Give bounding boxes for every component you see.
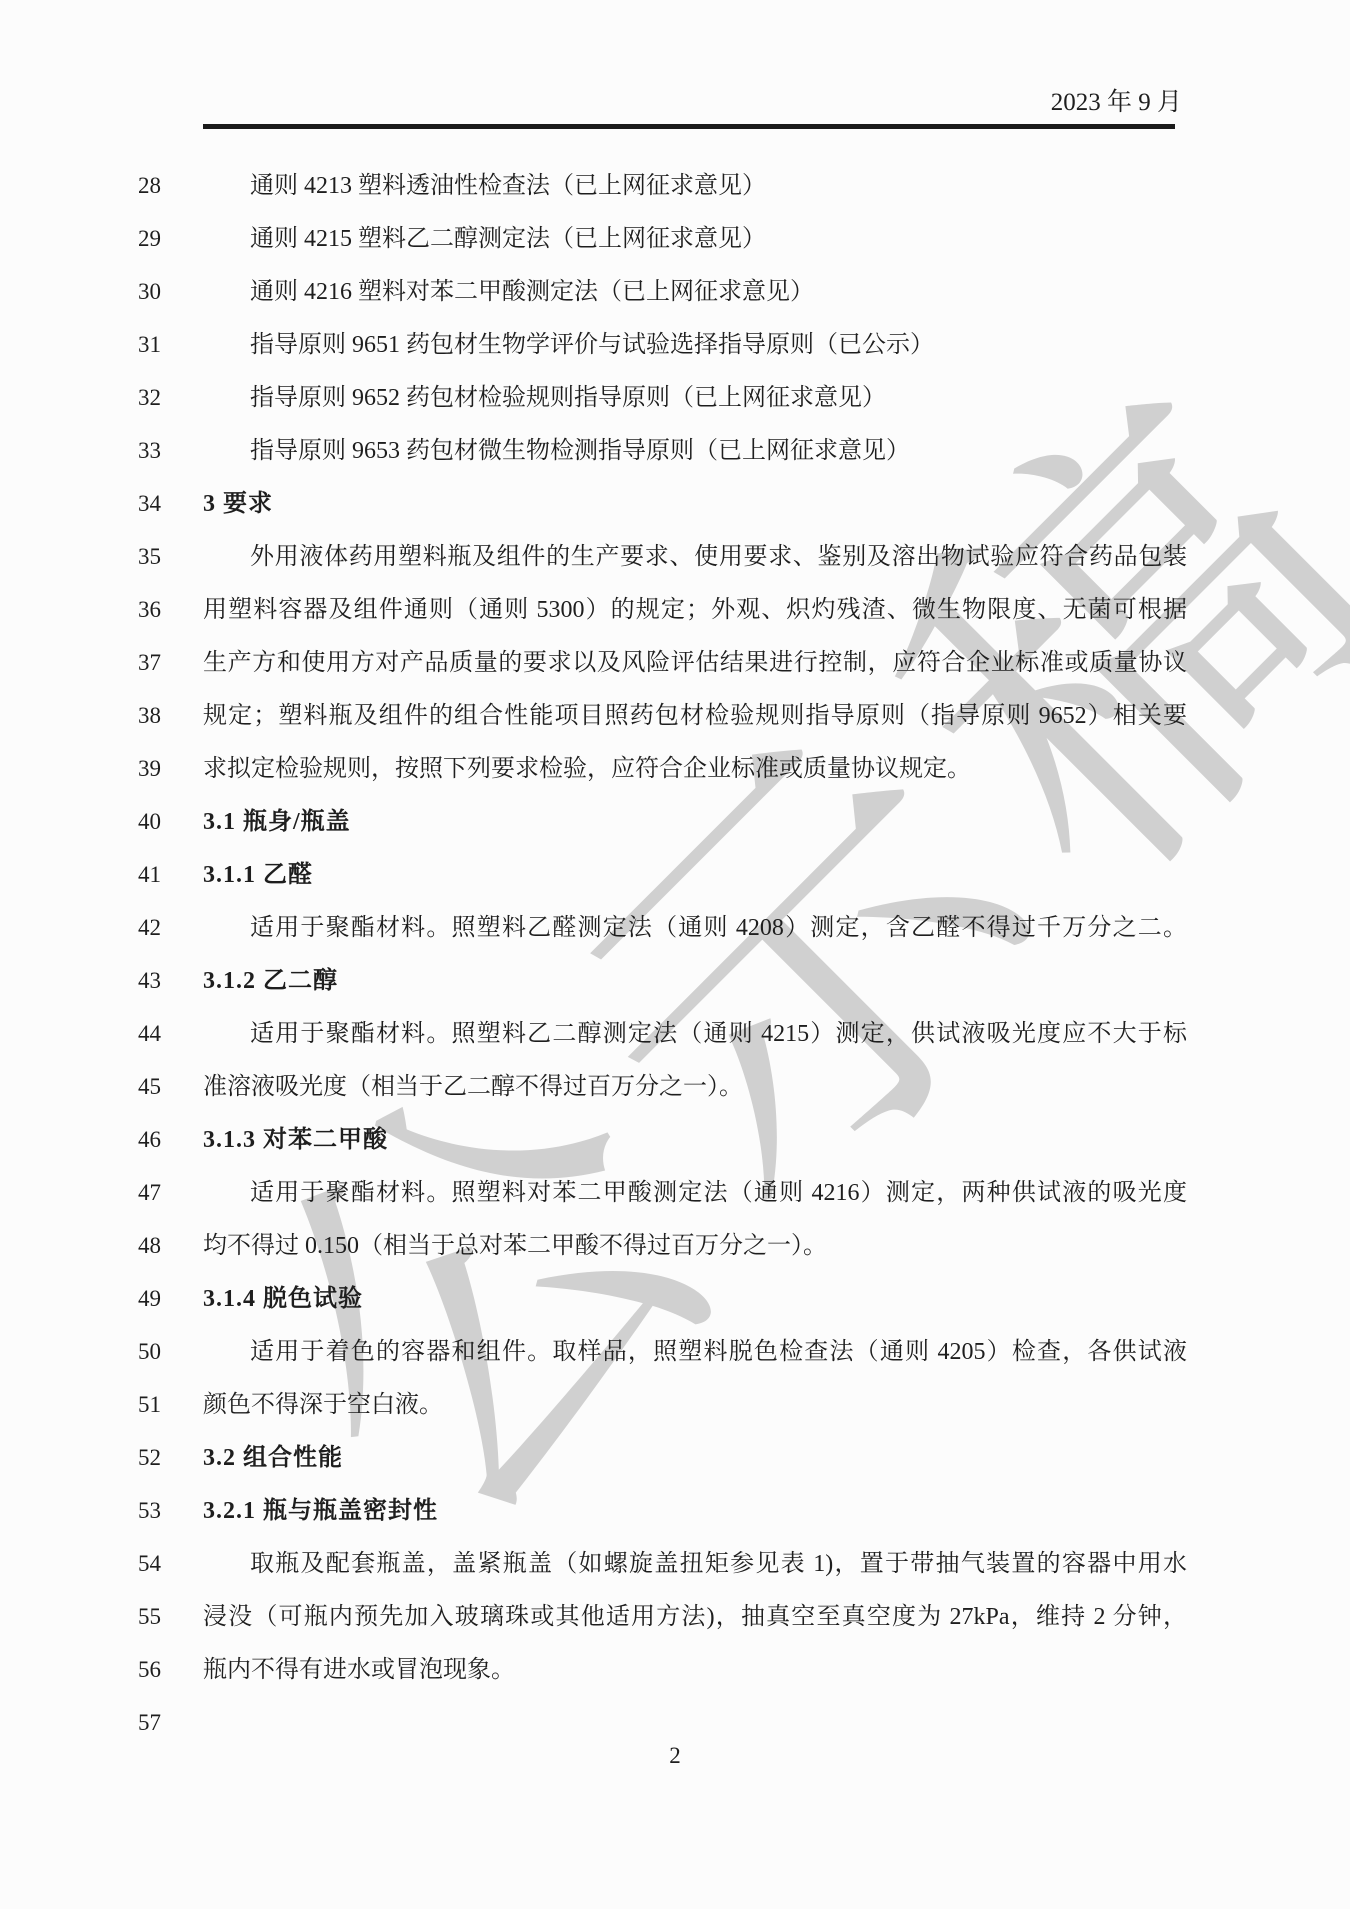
line-row: 28通则 4213 塑料透油性检查法（已上网征求意见） [138,170,1187,223]
line-row: 50适用于着色的容器和组件。取样品，照塑料脱色检查法（通则 4205）检查，各供… [138,1336,1187,1389]
document-body: 28通则 4213 塑料透油性检查法（已上网征求意见）29通则 4215 塑料乙… [138,170,1187,1760]
line-row: 42适用于聚酯材料。照塑料乙醛测定法（通则 4208）测定，含乙醛不得过千万分之… [138,912,1187,965]
line-number: 32 [138,382,203,414]
line-row: 54取瓶及配套瓶盖，盖紧瓶盖（如螺旋盖扭矩参见表 1)，置于带抽气装置的容器中用… [138,1548,1187,1601]
line-text: 3.1.4 脱色试验 [203,1283,1187,1315]
line-row: 31指导原则 9651 药包材生物学评价与试验选择指导原则（已公示） [138,329,1187,382]
line-text: 指导原则 9652 药包材检验规则指导原则（已上网征求意见） [203,382,1187,414]
line-row: 36用塑料容器及组件通则（通则 5300）的规定；外观、炽灼残渣、微生物限度、无… [138,594,1187,647]
line-number: 33 [138,435,203,467]
line-number: 28 [138,170,203,202]
line-number: 47 [138,1177,203,1209]
line-text: 取瓶及配套瓶盖，盖紧瓶盖（如螺旋盖扭矩参见表 1)，置于带抽气装置的容器中用水 [203,1548,1187,1580]
line-text: 适用于聚酯材料。照塑料乙醛测定法（通则 4208）测定，含乙醛不得过千万分之二。 [203,912,1187,944]
line-text: 生产方和使用方对产品质量的要求以及风险评估结果进行控制，应符合企业标准或质量协议 [203,647,1187,679]
line-number: 50 [138,1336,203,1368]
line-number: 37 [138,647,203,679]
line-number: 53 [138,1495,203,1527]
line-row: 38规定；塑料瓶及组件的组合性能项目照药包材检验规则指导原则（指导原则 9652… [138,700,1187,753]
line-row: 48均不得过 0.150（相当于总对苯二甲酸不得过百万分之一）。 [138,1230,1187,1283]
line-text: 通则 4213 塑料透油性检查法（已上网征求意见） [203,170,1187,202]
line-number: 56 [138,1654,203,1686]
line-text: 颜色不得深于空白液。 [203,1389,1187,1421]
line-text: 适用于聚酯材料。照塑料对苯二甲酸测定法（通则 4216）测定，两种供试液的吸光度 [203,1177,1187,1209]
line-row: 493.1.4 脱色试验 [138,1283,1187,1336]
line-number: 46 [138,1124,203,1156]
line-row: 533.2.1 瓶与瓶盖密封性 [138,1495,1187,1548]
line-number: 57 [138,1707,203,1739]
line-number: 48 [138,1230,203,1262]
line-number: 54 [138,1548,203,1580]
line-row: 32指导原则 9652 药包材检验规则指导原则（已上网征求意见） [138,382,1187,435]
line-text: 3.1.3 对苯二甲酸 [203,1124,1187,1156]
page-number: 2 [0,1742,1350,1770]
line-number: 42 [138,912,203,944]
line-number: 55 [138,1601,203,1633]
line-row: 343 要求 [138,488,1187,541]
line-number: 36 [138,594,203,626]
line-row: 523.2 组合性能 [138,1442,1187,1495]
line-number: 43 [138,965,203,997]
line-number: 51 [138,1389,203,1421]
line-row: 29通则 4215 塑料乙二醇测定法（已上网征求意见） [138,223,1187,276]
line-row: 56瓶内不得有进水或冒泡现象。 [138,1654,1187,1707]
line-number: 49 [138,1283,203,1315]
line-number: 41 [138,859,203,891]
line-row: 44适用于聚酯材料。照塑料乙二醇测定法（通则 4215）测定，供试液吸光度应不大… [138,1018,1187,1071]
line-row: 433.1.2 乙二醇 [138,965,1187,1018]
line-number: 40 [138,806,203,838]
line-text: 浸没（可瓶内预先加入玻璃珠或其他适用方法)，抽真空至真空度为 27kPa，维持 … [203,1601,1187,1633]
header-date: 2023 年 9 月 [1051,88,1182,118]
line-text: 3.2.1 瓶与瓶盖密封性 [203,1495,1187,1527]
line-text: 外用液体药用塑料瓶及组件的生产要求、使用要求、鉴别及溶出物试验应符合药品包装 [203,541,1187,573]
line-number: 34 [138,488,203,520]
line-row: 51颜色不得深于空白液。 [138,1389,1187,1442]
line-number: 30 [138,276,203,308]
line-text: 指导原则 9651 药包材生物学评价与试验选择指导原则（已公示） [203,329,1187,361]
line-text: 适用于着色的容器和组件。取样品，照塑料脱色检查法（通则 4205）检查，各供试液 [203,1336,1187,1368]
line-row: 403.1 瓶身/瓶盖 [138,806,1187,859]
line-number: 29 [138,223,203,255]
line-number: 52 [138,1442,203,1474]
line-number: 45 [138,1071,203,1103]
line-row: 37生产方和使用方对产品质量的要求以及风险评估结果进行控制，应符合企业标准或质量… [138,647,1187,700]
line-row: 55浸没（可瓶内预先加入玻璃珠或其他适用方法)，抽真空至真空度为 27kPa，维… [138,1601,1187,1654]
line-text: 适用于聚酯材料。照塑料乙二醇测定法（通则 4215）测定，供试液吸光度应不大于标 [203,1018,1187,1050]
line-text: 准溶液吸光度（相当于乙二醇不得过百万分之一）。 [203,1071,1187,1103]
line-row: 33指导原则 9653 药包材微生物检测指导原则（已上网征求意见） [138,435,1187,488]
document-page: 公示稿 2023 年 9 月 28通则 4213 塑料透油性检查法（已上网征求意… [0,0,1350,1909]
line-text: 均不得过 0.150（相当于总对苯二甲酸不得过百万分之一）。 [203,1230,1187,1262]
line-text: 3.1.1 乙醛 [203,859,1187,891]
line-text: 3.1.2 乙二醇 [203,965,1187,997]
line-text: 规定；塑料瓶及组件的组合性能项目照药包材检验规则指导原则（指导原则 9652）相… [203,700,1187,732]
line-number: 44 [138,1018,203,1050]
line-text: 3.2 组合性能 [203,1442,1187,1474]
line-text: 指导原则 9653 药包材微生物检测指导原则（已上网征求意见） [203,435,1187,467]
line-text: 用塑料容器及组件通则（通则 5300）的规定；外观、炽灼残渣、微生物限度、无菌可… [203,594,1187,626]
line-text: 3.1 瓶身/瓶盖 [203,806,1187,838]
line-text: 3 要求 [203,488,1187,520]
line-row: 30通则 4216 塑料对苯二甲酸测定法（已上网征求意见） [138,276,1187,329]
line-row: 45准溶液吸光度（相当于乙二醇不得过百万分之一）。 [138,1071,1187,1124]
line-number: 31 [138,329,203,361]
line-row: 463.1.3 对苯二甲酸 [138,1124,1187,1177]
line-text: 通则 4215 塑料乙二醇测定法（已上网征求意见） [203,223,1187,255]
line-text: 瓶内不得有进水或冒泡现象。 [203,1654,1187,1686]
header-rule [203,124,1175,129]
line-text: 通则 4216 塑料对苯二甲酸测定法（已上网征求意见） [203,276,1187,308]
line-number: 39 [138,753,203,785]
line-text: 求拟定检验规则，按照下列要求检验，应符合企业标准或质量协议规定。 [203,753,1187,785]
line-number: 38 [138,700,203,732]
line-row: 413.1.1 乙醛 [138,859,1187,912]
line-row: 47适用于聚酯材料。照塑料对苯二甲酸测定法（通则 4216）测定，两种供试液的吸… [138,1177,1187,1230]
line-row: 39求拟定检验规则，按照下列要求检验，应符合企业标准或质量协议规定。 [138,753,1187,806]
line-row: 35外用液体药用塑料瓶及组件的生产要求、使用要求、鉴别及溶出物试验应符合药品包装 [138,541,1187,594]
line-number: 35 [138,541,203,573]
